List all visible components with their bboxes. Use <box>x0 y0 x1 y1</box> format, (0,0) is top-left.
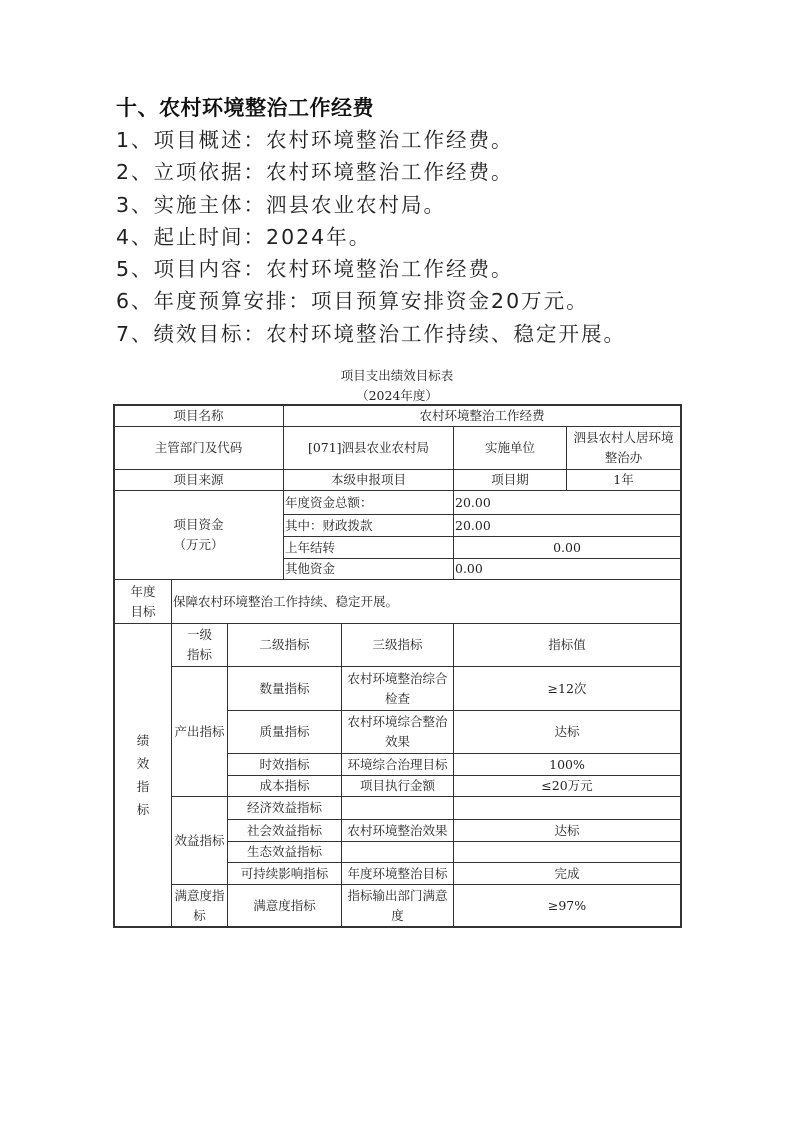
funds-fiscal-label: 其中：财政拨款 <box>284 515 453 536</box>
row-level3: 农村环境整治综合检查 <box>342 667 453 710</box>
funds-unit: （万元） <box>173 535 223 555</box>
row-level3: 年度环境整治目标 <box>342 863 453 884</box>
group-output-label: 产出指标 <box>172 667 227 796</box>
dept-label: 主管部门及代码 <box>114 427 283 469</box>
row-level3: 农村环境整治效果 <box>342 820 453 841</box>
table-title: 项目支出绩效目标表 <box>113 366 681 384</box>
dept-value: [071]泗县农业农村局 <box>284 427 453 469</box>
row-level2: 生态效益指标 <box>228 842 341 862</box>
row-level2: 时效指标 <box>228 754 341 775</box>
section: 十、农村环境整治工作经费 1、项目概述：农村环境整治工作经费。 2、立项依据：农… <box>116 92 626 350</box>
row-value <box>454 797 680 819</box>
item-content: 5、项目内容：农村环境整治工作经费。 <box>116 253 626 285</box>
header-level2: 二级指标 <box>228 624 341 666</box>
section-heading: 十、农村环境整治工作经费 <box>116 92 626 124</box>
annual-goal-value: 保障农村环境整治工作持续、稳定开展。 <box>172 580 680 623</box>
row-value: ≤20万元 <box>454 776 680 796</box>
item-implementer: 3、实施主体：泗县农业农村局。 <box>116 189 626 221</box>
row-level3: 环境综合治理目标 <box>342 754 453 775</box>
row-value: 达标 <box>454 711 680 753</box>
impl-unit-value: 泗县农村人居环境整治办 <box>567 427 680 469</box>
header-level1: 一级指标 <box>172 624 227 666</box>
funds-carryover-label: 上年结转 <box>284 537 453 558</box>
funds-carryover-value: 0.00 <box>454 537 680 558</box>
item-goal: 7、绩效目标：农村环境整治工作持续、稳定开展。 <box>116 318 626 350</box>
row-level2: 数量指标 <box>228 667 341 710</box>
funds-label-cell: 项目资金 （万元） <box>114 491 283 579</box>
funds-total-label: 年度资金总额： <box>284 491 453 514</box>
row-level2: 可持续影响指标 <box>228 863 341 884</box>
item-overview: 1、项目概述：农村环境整治工作经费。 <box>116 124 626 156</box>
row-value: 100% <box>454 754 680 775</box>
row-value: ≥97% <box>454 885 680 926</box>
row-value: 达标 <box>454 820 680 841</box>
row-level2: 满意度指标 <box>228 885 341 926</box>
group-satisfaction-label: 满意度指标 <box>172 885 227 926</box>
item-basis: 2、立项依据：农村环境整治工作经费。 <box>116 156 626 188</box>
project-name-label: 项目名称 <box>114 405 283 426</box>
funds-total-value: 20.00 <box>454 491 680 514</box>
table-border-bottom <box>113 926 682 928</box>
perf-label: 绩效指标 <box>115 624 171 926</box>
source-label: 项目来源 <box>114 470 283 490</box>
period-value: 1年 <box>567 470 680 490</box>
period-label: 项目期 <box>454 470 566 490</box>
table-subtitle: （2024年度） <box>113 386 681 404</box>
row-level2: 质量指标 <box>228 711 341 753</box>
funds-other-value: 0.00 <box>454 559 680 579</box>
item-period: 4、起止时间：2024年。 <box>116 221 626 253</box>
header-value: 指标值 <box>454 624 680 666</box>
funds-fiscal-value: 20.00 <box>454 515 680 536</box>
row-level2: 成本指标 <box>228 776 341 796</box>
impl-unit-label: 实施单位 <box>454 427 566 469</box>
row-value <box>454 842 680 862</box>
header-level3: 三级指标 <box>342 624 453 666</box>
row-level2: 经济效益指标 <box>228 797 341 819</box>
annual-goal-label: 年度目标 <box>115 580 171 623</box>
row-level3: 项目执行金额 <box>342 776 453 796</box>
funds-other-label: 其他资金 <box>284 559 453 579</box>
project-name-value: 农村环境整治工作经费 <box>284 405 680 426</box>
row-level3 <box>342 797 453 819</box>
row-level2: 社会效益指标 <box>228 820 341 841</box>
source-value: 本级申报项目 <box>284 470 453 490</box>
row-level3: 农村环境综合整治效果 <box>342 711 453 753</box>
item-budget: 6、年度预算安排：项目预算安排资金20万元。 <box>116 285 626 317</box>
row-value: 完成 <box>454 863 680 884</box>
funds-label: 项目资金 <box>173 515 223 535</box>
row-level3 <box>342 842 453 862</box>
row-value: ≥12次 <box>454 667 680 710</box>
row-level3: 指标输出部门满意度 <box>342 885 453 926</box>
group-benefit-label: 效益指标 <box>172 797 227 884</box>
